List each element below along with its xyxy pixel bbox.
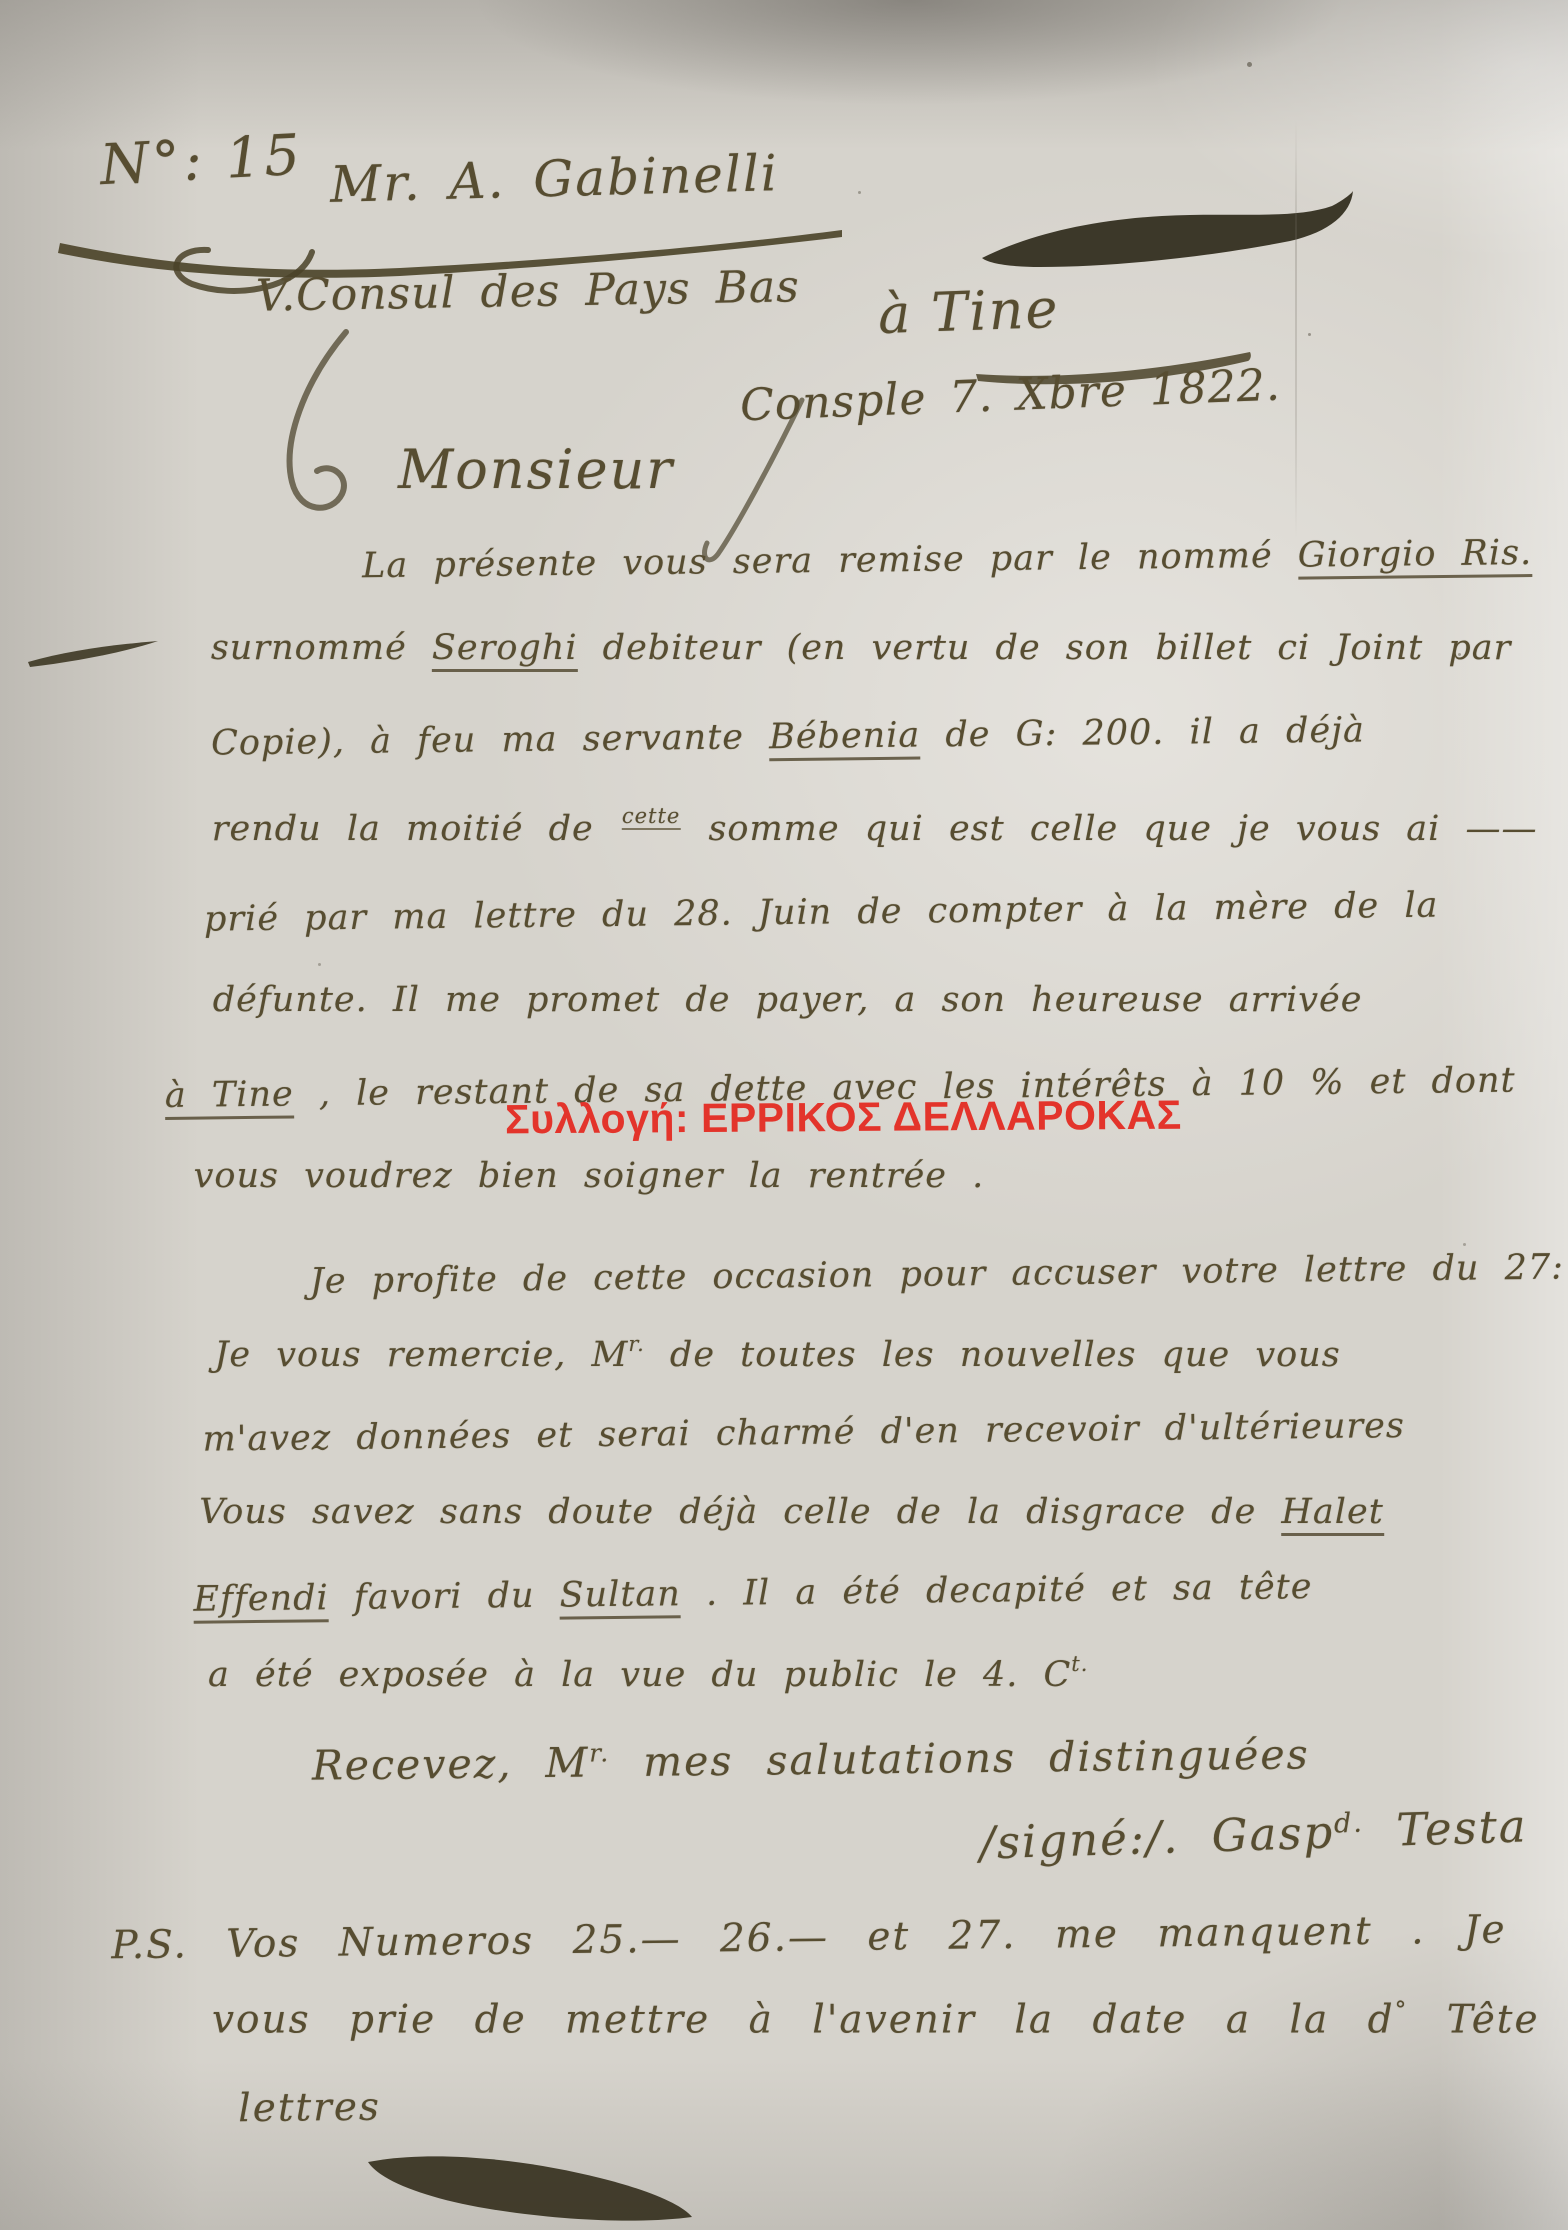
manuscript-line: Recevez, Mr. mes salutations distinguées bbox=[312, 1730, 1311, 1811]
margin-dash bbox=[28, 641, 158, 667]
postscript: P.S. Vos Numeros 25.— 26.— et 27. me man… bbox=[111, 1910, 1568, 2165]
dateline: Consple 7. Xbre 1822. bbox=[739, 360, 1281, 432]
letter-number: N°: 15 bbox=[98, 123, 304, 199]
manuscript-line: surnommé Seroghi debiteur (en vertu de s… bbox=[211, 628, 1541, 716]
manuscript-line: La présente vous sera remise par le nomm… bbox=[362, 533, 1541, 634]
grand-c-flourish bbox=[290, 332, 346, 508]
manuscript-line: vous voudrez bien soigner la rentrée . bbox=[194, 1156, 1544, 1244]
signature-line: /signé:/. Gaspd. Testa bbox=[980, 1807, 1528, 1890]
manuscript-line: défunte. Il me promet de payer, a son he… bbox=[213, 980, 1543, 1068]
destination-place: à Tine bbox=[877, 277, 1060, 346]
manuscript-line: Je profite de cette occasion pour accuse… bbox=[310, 1245, 1545, 1339]
manuscript-line: rendu la moitié de cette somme qui est c… bbox=[212, 804, 1542, 892]
paper-crease bbox=[1295, 120, 1297, 540]
manuscript-line: Effendi favori du Sultan . Il a été deca… bbox=[193, 1564, 1546, 1659]
salutation: Monsieur bbox=[398, 438, 674, 501]
manuscript-line: P.S. Vos Numeros 25.— 26.— et 27. me man… bbox=[111, 1905, 1568, 2005]
manuscript-line: /signé:/. Gaspd. Testa bbox=[979, 1799, 1529, 1896]
addressee-name: Mr. A. Gabinelli bbox=[329, 144, 779, 214]
collection-watermark: Συλλογή: ΕΡΡΙΚΟΣ ΔΕΛΛΑΡΟΚΑΣ bbox=[505, 1092, 1182, 1144]
tine-heavy-flourish bbox=[982, 191, 1353, 267]
addressee-title: V.Consul des Pays Bas bbox=[256, 261, 801, 321]
manuscript-line: vous prie de mettre à l'avenir la date a… bbox=[212, 1996, 1568, 2078]
paper-specks bbox=[1247, 62, 1252, 67]
manuscript-line: Vous savez sans doute déjà celle de la d… bbox=[199, 1492, 1545, 1572]
paragraph-2: Je profite de cette occasion pour accuse… bbox=[214, 1249, 1546, 1736]
manuscript-line: lettres bbox=[238, 2069, 1568, 2168]
manuscript-line: prié par ma lettre du 28. Juin de compte… bbox=[204, 884, 1543, 987]
manuscript-line: a été exposée à la vue du public le 4. C… bbox=[208, 1652, 1546, 1732]
manuscript-line: Je vous remercie, Mr. de toutes les nouv… bbox=[214, 1332, 1544, 1412]
manuscript-line: m'avez données et serai charmé d'en rece… bbox=[202, 1404, 1545, 1499]
manuscript-line: Copie), à feu ma servante Bébenia de G: … bbox=[211, 708, 1542, 811]
letter-photo: N°: 15 Mr. A. Gabinelli V.Consul des Pay… bbox=[0, 0, 1568, 2230]
closing-line: Recevez, Mr. mes salutations distinguées bbox=[312, 1733, 1310, 1808]
paragraph-1: La présente vous sera remise par le nomm… bbox=[210, 537, 1544, 1248]
